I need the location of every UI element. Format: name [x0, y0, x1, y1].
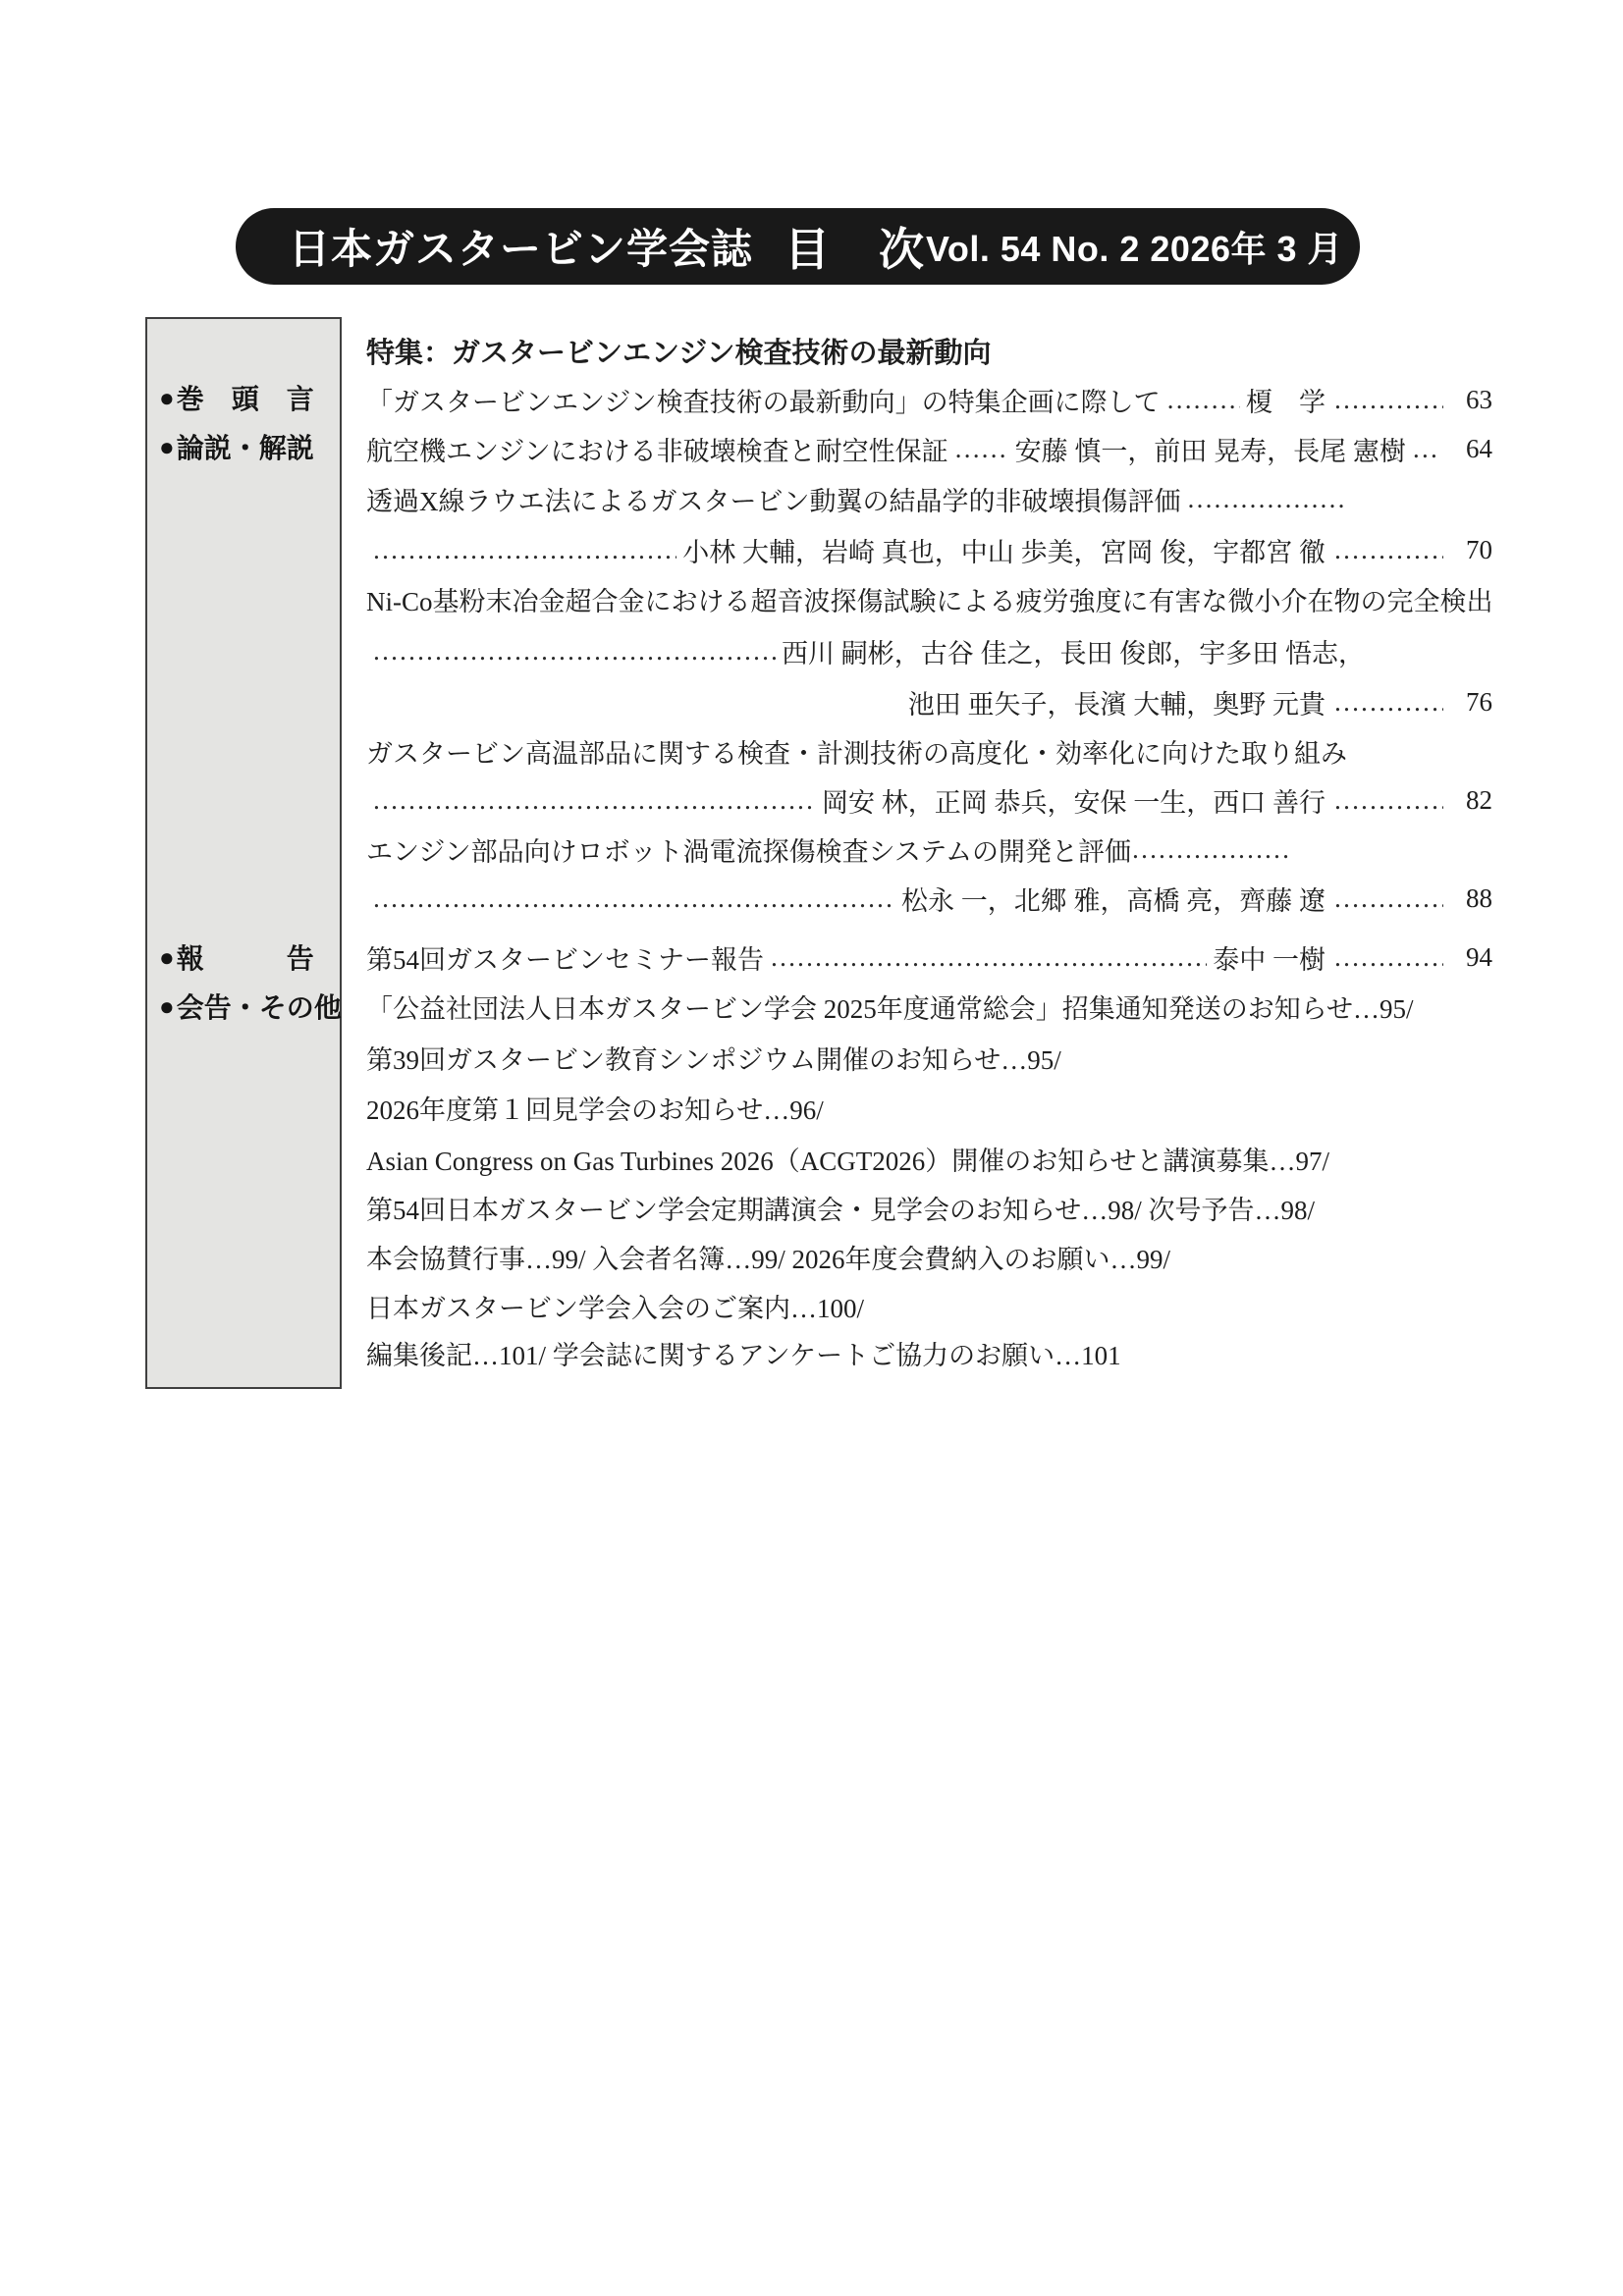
announcement-line: 第54回日本ガスタービン学会定期講演会・見学会のお知らせ…98/ 次号予告…98… — [366, 1183, 1492, 1232]
issue-info: Vol. 54 No. 2 2026年 3 月 — [926, 222, 1343, 272]
toc-entry-e4-title: Ni-Co基粉末冶金超合金における超音波探傷試験による疲労強度に有害な微小介在物… — [366, 574, 1492, 623]
dotted-leader: ……………… — [1131, 834, 1290, 865]
toc-entry-e6-authors: ……………………………………………………………………………………………… 松永 … — [366, 874, 1492, 923]
dotted-leader: ……………………………………………………………………………………………… — [770, 942, 1207, 973]
toc-entry-e4-authors-1: ……………………………………………………………………………………………… 西川 … — [366, 626, 1492, 675]
feature-heading-text: 特集：ガスタービンエンジン検査技術の最新動向 — [366, 331, 992, 371]
toc-title: 目 次 — [784, 214, 926, 279]
dotted-leader: ……………………………………………………………………………………………… — [1333, 535, 1443, 565]
entry-title: 透過X線ラウエ法によるガスタービン動翼の結晶学的非破壊損傷評価 — [366, 480, 1181, 518]
journal-header-bar: 日本ガスタービン学会誌 目 次 Vol. 54 No. 2 2026年 3 月 — [236, 208, 1360, 285]
announcement-line: 日本ガスタービン学会入会のご案内…100/ — [366, 1281, 1492, 1330]
sidebar-item-kantogen: ● 巻 頭 言 — [159, 374, 334, 421]
dotted-leader: ……………………………………………………………………………………………… — [1333, 687, 1443, 718]
feature-heading: 特集：ガスタービンエンジン検査技術の最新動向 — [366, 326, 1492, 375]
announcement-line: Asian Congress on Gas Turbines 2026（ACGT… — [366, 1134, 1492, 1183]
toc-page: 日本ガスタービン学会誌 目 次 Vol. 54 No. 2 2026年 3 月 … — [0, 0, 1623, 2296]
dotted-leader: ……………………………………………………………………………………………… — [372, 535, 676, 565]
dotted-leader: ……………… — [1187, 484, 1346, 514]
announcement-text: 日本ガスタービン学会入会のご案内…100/ — [366, 1287, 864, 1325]
toc-entry-e4-authors-2: 池田 亜矢子，長濱 大輔，奥野 元貴 ………………………………………………………… — [366, 677, 1492, 726]
entry-page-number: 64 — [1443, 434, 1492, 464]
bullet-icon: ● — [159, 383, 175, 413]
entry-page-number: 94 — [1443, 942, 1492, 973]
dotted-leader: ……………………………………………………………………………………………… — [1333, 385, 1443, 415]
entry-page-number: 70 — [1443, 535, 1492, 565]
announcement-text: 第54回日本ガスタービン学会定期講演会・見学会のお知らせ…98/ 次号予告…98… — [366, 1189, 1315, 1227]
entry-title: 航空機エンジンにおける非破壊検査と耐空性保証 — [366, 430, 948, 468]
sidebar-item-label: 論説・解説 — [177, 427, 314, 466]
toc-entry-e1: 「ガスタービンエンジン検査技術の最新動向」の特集企画に際して ………………………… — [366, 375, 1492, 424]
dotted-leader: ……………………………………………………………………………………………… — [1333, 942, 1443, 973]
announcement-line: 編集後記…101/ 学会誌に関するアンケートご協力のお願い…101 — [366, 1328, 1492, 1377]
dotted-leader: ……………………………………………………………………………………………… — [372, 883, 895, 914]
entry-page-number: 63 — [1443, 385, 1492, 415]
sidebar-item-label: 報 告 — [177, 937, 314, 977]
entry-authors: 小林 大輔，岩崎 真也，中山 歩美，宮岡 俊，宇都宮 徹 — [682, 531, 1325, 569]
announcement-text: 「公益社団法人日本ガスタービン学会 2025年度通常総会」招集通知発送のお知らせ… — [366, 988, 1413, 1026]
entry-authors: 岡安 林，正岡 恭兵，安保 一生，西口 善行 — [822, 781, 1325, 820]
entry-title: Ni-Co基粉末冶金超合金における超音波探傷試験による疲労強度に有害な微小介在物… — [366, 580, 1493, 618]
announcement-text: 第39回ガスタービン教育シンポジウム開催のお知らせ…95/ — [366, 1039, 1061, 1077]
announcement-line: 本会協賛行事…99/ 入会者名簿…99/ 2026年度会費納入のお願い…99/ — [366, 1232, 1492, 1281]
dotted-leader: ……………………………………………………………………………………………… — [372, 785, 816, 816]
sidebar-item-ronsetsu-kaisetsu: ● 論説・解説 — [159, 423, 334, 470]
entry-page-number: 82 — [1443, 785, 1492, 816]
announcement-text: 編集後記…101/ 学会誌に関するアンケートご協力のお願い…101 — [366, 1334, 1121, 1372]
toc-entry-e6-title: エンジン部品向けロボット渦電流探傷検査システムの開発と評価 ……………… — [366, 825, 1492, 874]
bullet-icon: ● — [159, 991, 175, 1022]
entry-page-number: 76 — [1443, 687, 1492, 718]
entry-title: エンジン部品向けロボット渦電流探傷検査システムの開発と評価 — [366, 830, 1131, 869]
toc-entry-e7: 第54回ガスタービンセミナー報告 ……………………………………………………………… — [366, 933, 1492, 982]
toc-entry-e5-authors: ……………………………………………………………………………………………… 岡安 … — [366, 775, 1492, 825]
dotted-leader: ……………………………………………………………………………………………… — [372, 636, 776, 667]
toc-entry-e3-authors: ……………………………………………………………………………………………… 小林 … — [366, 525, 1492, 574]
toc-entry-e5-title: ガスタービン高温部品に関する検査・計測技術の高度化・効率化に向けた取り組み — [366, 726, 1492, 775]
announcement-text: Asian Congress on Gas Turbines 2026（ACGT… — [366, 1140, 1329, 1178]
bullet-icon: ● — [159, 432, 175, 462]
dotted-leader: ……………………………………………………………………………………………… — [954, 434, 1009, 464]
announcement-line: 2026年度第１回見学会のお知らせ…96/ — [366, 1083, 1492, 1132]
dotted-leader: ……………………………………………………………………………………………… — [1166, 385, 1240, 415]
dotted-leader: ……………………………………………………………………………………………… — [1333, 785, 1443, 816]
toc-entry-e3-title: 透過X線ラウエ法によるガスタービン動翼の結晶学的非破壊損傷評価 ……………… — [366, 474, 1492, 523]
entry-title: 第54回ガスタービンセミナー報告 — [366, 938, 764, 977]
announcement-text: 本会協賛行事…99/ 入会者名簿…99/ 2026年度会費納入のお願い…99/ — [366, 1238, 1170, 1276]
journal-title: 日本ガスタービン学会誌 — [289, 217, 753, 276]
entry-page-number: 88 — [1443, 883, 1492, 914]
toc-entry-e2: 航空機エンジンにおける非破壊検査と耐空性保証 ……………………………………………… — [366, 424, 1492, 473]
dotted-leader: ……………………………………………………………………………………………… — [1412, 434, 1437, 464]
sidebar-item-label: 巻 頭 言 — [177, 378, 314, 417]
sidebar-item-kaikoku-sonota: ● 会告・その他 — [159, 983, 334, 1030]
bullet-icon: ● — [159, 942, 175, 973]
category-sidebar-box — [145, 317, 342, 1389]
entry-title: 「ガスタービンエンジン検査技術の最新動向」の特集企画に際して — [366, 381, 1161, 419]
entry-title: ガスタービン高温部品に関する検査・計測技術の高度化・効率化に向けた取り組み — [366, 732, 1347, 771]
entry-authors: 池田 亜矢子，長濱 大輔，奥野 元貴 — [908, 683, 1325, 721]
entry-authors: 松永 一，北郷 雅，高橋 亮，齊藤 遼 — [901, 880, 1325, 918]
sidebar-item-hokoku: ● 報 告 — [159, 934, 334, 981]
announcement-line: 「公益社団法人日本ガスタービン学会 2025年度通常総会」招集通知発送のお知らせ… — [366, 982, 1492, 1031]
entry-authors: 安藤 慎一，前田 晃寿，長尾 憲樹 — [1015, 430, 1406, 468]
announcement-text: 2026年度第１回見学会のお知らせ…96/ — [366, 1089, 824, 1127]
entry-authors: 榎 学 — [1246, 381, 1325, 419]
dotted-leader: ……………………………………………………………………………………………… — [1333, 883, 1443, 914]
announcement-line: 第39回ガスタービン教育シンポジウム開催のお知らせ…95/ — [366, 1033, 1492, 1082]
entry-authors: 西川 嗣彬，古谷 佳之，長田 俊郎，宇多田 悟志， — [782, 632, 1365, 670]
entry-authors: 泰中 一樹 — [1213, 938, 1325, 977]
sidebar-item-label: 会告・その他 — [177, 987, 342, 1026]
